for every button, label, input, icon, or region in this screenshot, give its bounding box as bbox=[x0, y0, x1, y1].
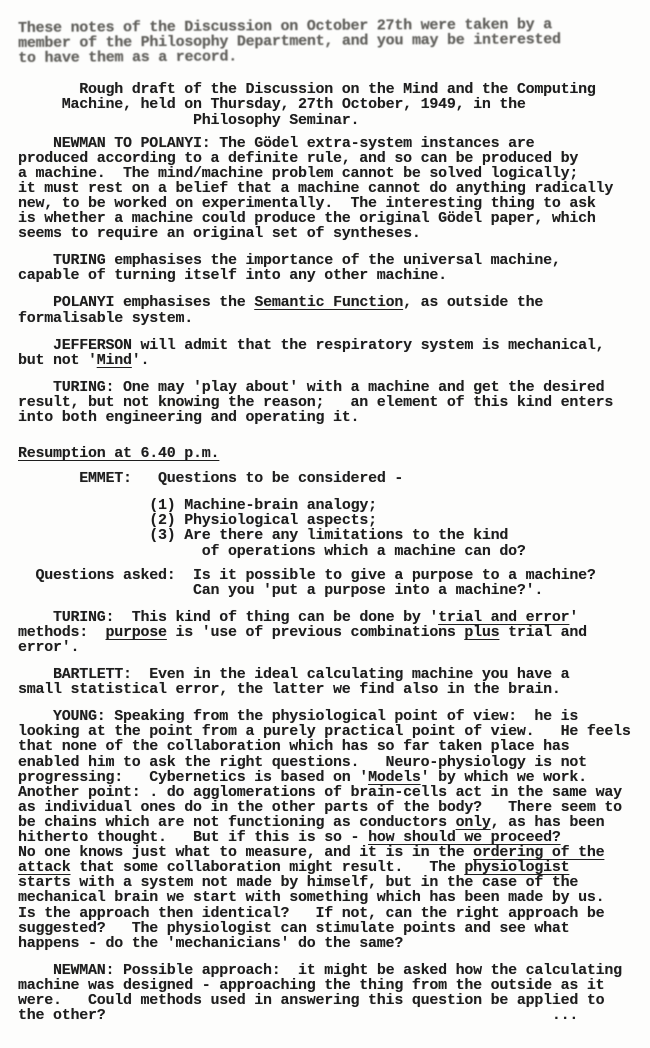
para-turing-universal-machine: TURING emphasises the importance of the … bbox=[18, 253, 650, 283]
text-run: starts with a system not made by himself… bbox=[18, 874, 604, 951]
para-bartlett: BARTLETT: Even in the ideal calculating … bbox=[18, 667, 650, 697]
prefatory-note: These notes of the Discussion on October… bbox=[18, 17, 650, 67]
text-run: NEWMAN: Possible approach: it might be a… bbox=[18, 962, 622, 1024]
text-run: EMMET: Questions to be considered - bbox=[18, 470, 403, 487]
para-young: YOUNG: Speaking from the physiological p… bbox=[18, 709, 650, 951]
para-polanyi-semantic: POLANYI emphasises the Semantic Function… bbox=[18, 295, 650, 325]
para-newman-approach: NEWMAN: Possible approach: it might be a… bbox=[18, 963, 650, 1023]
para-jefferson: JEFFERSON will admit that the respirator… bbox=[18, 338, 650, 368]
underlined-text-run: purpose bbox=[106, 624, 167, 641]
text-run: TURING: One may 'play about' with a mach… bbox=[18, 379, 613, 426]
text-run: TURING emphasises the importance of the … bbox=[18, 252, 561, 284]
para-turing-play-about: TURING: One may 'play about' with a mach… bbox=[18, 380, 650, 425]
para-emmet-questions: EMMET: Questions to be considered - bbox=[18, 471, 650, 486]
text-run: Rough draft of the Discussion on the Min… bbox=[18, 81, 596, 113]
list-emmet-items: (1) Machine-brain analogy; (2) Physiolog… bbox=[18, 498, 650, 558]
document-page: These notes of the Discussion on October… bbox=[0, 0, 650, 1048]
text-run: BARTLETT: Even in the ideal calculating … bbox=[18, 666, 569, 698]
text-run: '. bbox=[132, 352, 150, 369]
text-run: is 'use of previous combinations bbox=[167, 624, 465, 641]
text-run: These notes of the Discussion on October… bbox=[18, 16, 561, 67]
text-run: (1) Machine-brain analogy; (2) Physiolog… bbox=[18, 497, 526, 559]
underlined-text-run: Resumption at 6.40 p.m. bbox=[18, 445, 219, 462]
text-run: Questions asked: Is it possible to give … bbox=[18, 567, 596, 599]
para-newman-polanyi: NEWMAN TO POLANYI: The Gödel extra-syste… bbox=[18, 136, 650, 242]
draft-heading: Rough draft of the Discussion on the Min… bbox=[18, 82, 650, 112]
para-turing-trial-error: TURING: This kind of thing can be done b… bbox=[18, 610, 650, 655]
para-questions-asked: Questions asked: Is it possible to give … bbox=[18, 568, 650, 598]
underlined-text-run: Mind bbox=[97, 352, 132, 369]
seminar-title: Philosophy Seminar. bbox=[18, 113, 650, 128]
underlined-text-run: plus bbox=[464, 624, 499, 641]
text-run: Philosophy Seminar. bbox=[18, 112, 359, 129]
underlined-text-run: Semantic Function bbox=[254, 294, 403, 311]
heading-resumption: Resumption at 6.40 p.m. bbox=[18, 446, 650, 461]
text-run: NEWMAN TO POLANYI: The Gödel extra-syste… bbox=[18, 135, 613, 243]
